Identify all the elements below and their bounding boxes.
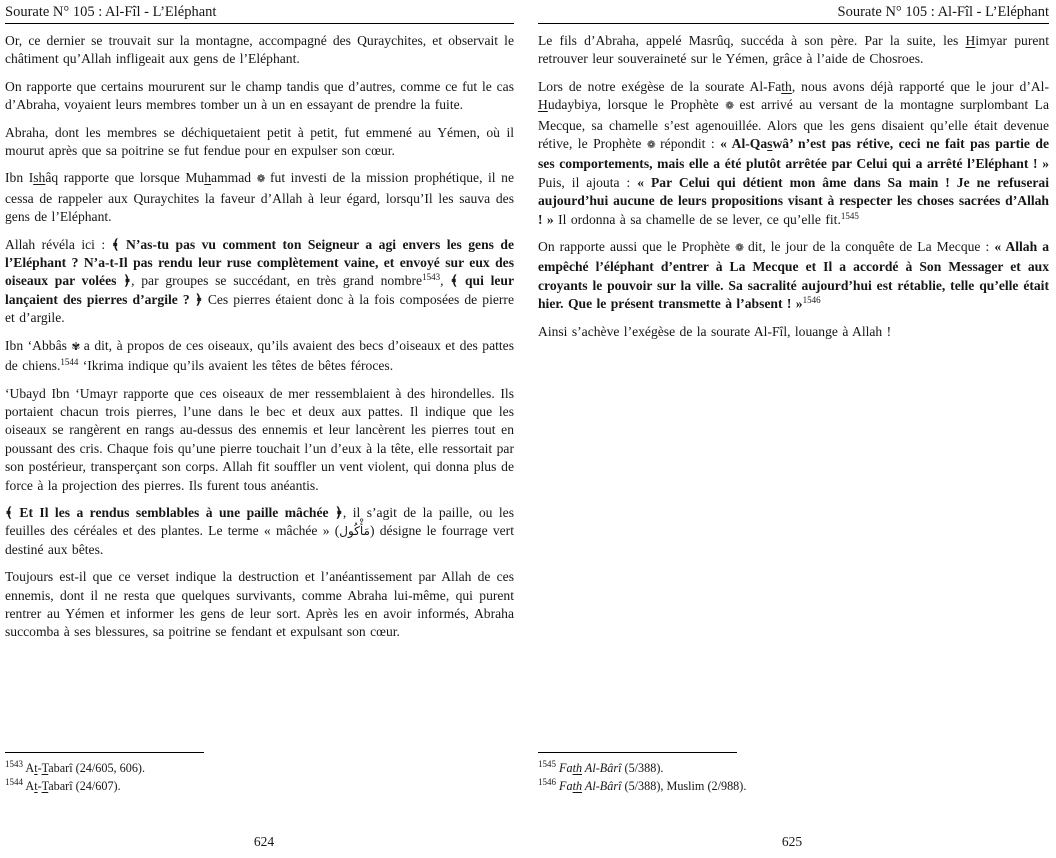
text-run: Ainsi s’achève l’exégèse de la sourate A… xyxy=(538,324,891,339)
text-run: H xyxy=(538,97,548,112)
footnote-separator xyxy=(538,752,737,753)
text-run: Toujours est-il que ce verset indique la… xyxy=(5,569,514,639)
footnote-ref: 1545 xyxy=(538,759,556,769)
paragraph: Lors de notre exégèse de la sourate Al-F… xyxy=(538,78,1049,229)
footnote: 1545 Fath Al-Bârî (5/388). xyxy=(538,760,1049,778)
page-624: Sourate N° 105 : Al-Fîl - L’Eléphant Or,… xyxy=(0,0,528,858)
page-number: 624 xyxy=(0,834,528,850)
page-header: Sourate N° 105 : Al-Fîl - L’Eléphant xyxy=(5,0,514,24)
text-run: h xyxy=(204,170,211,185)
paragraph: ﴾ Et Il les a rendus semblables à une pa… xyxy=(5,504,514,559)
text-run: âq rapporte que lorsque Mu xyxy=(45,170,204,185)
text-run: Le fils d’Abraha, appelé Masrûq, succéda… xyxy=(538,33,966,48)
footnote-ref: 1544 xyxy=(5,777,23,787)
footnote-ref: 1546 xyxy=(803,295,821,305)
text-run: Puis, il ajouta : xyxy=(538,175,637,190)
paragraph: Le fils d’Abraha, appelé Masrûq, succéda… xyxy=(538,32,1049,69)
footnote: 1543 At-Tabarî (24/605, 606). xyxy=(5,760,514,778)
text-run: Or, ce dernier se trouvait sur la montag… xyxy=(5,33,514,66)
text-run: dit, le jour de la conquête de La Mecque… xyxy=(743,239,994,254)
book-spread: Sourate N° 105 : Al-Fîl - L’Eléphant Or,… xyxy=(0,0,1056,858)
text-run: abarî (24/605, 606). xyxy=(48,761,145,775)
text-run: Allah révéla ici : xyxy=(5,237,112,252)
text-run: Lors de notre exégèse de la sourate Al-F… xyxy=(538,79,781,94)
text-run: sh xyxy=(33,170,45,185)
text-run: Fa xyxy=(559,761,573,775)
honorific-icon: ❁ xyxy=(647,140,655,151)
text-run: On rapporte que certains moururent sur l… xyxy=(5,79,514,112)
paragraph: Ibn ‘Abbâs ✾ a dit, à propos de ces oise… xyxy=(5,337,514,376)
text-run: abarî (24/607). xyxy=(48,779,120,793)
paragraph: Or, ce dernier se trouvait sur la montag… xyxy=(5,32,514,69)
text-run: , par groupes se succédant, en très gran… xyxy=(131,273,422,288)
text-run: H xyxy=(966,33,976,48)
text-run: udaybiya, lorsque le Prophète xyxy=(548,97,725,112)
paragraph: Toujours est-il que ce verset indique la… xyxy=(5,568,514,642)
footnote-ref: 1543 xyxy=(5,759,23,769)
text-run: Al-Bârî xyxy=(582,761,621,775)
text-run: th xyxy=(573,761,582,775)
paragraph: Ainsi s’achève l’exégèse de la sourate A… xyxy=(538,323,1049,341)
footnote-ref: 1543 xyxy=(422,272,440,282)
text-run: مَأْكُول xyxy=(339,524,370,538)
text-run: « Al-Qa xyxy=(720,136,767,151)
text-run: répondit : xyxy=(655,136,720,151)
footnotes-block: 1545 Fath Al-Bârî (5/388).1546 Fath Al-B… xyxy=(538,752,1049,795)
text-run: ammad xyxy=(211,170,257,185)
honorific-icon: ❁ xyxy=(725,101,733,112)
paragraph: ‘Ubayd Ibn ‘Umayr rapporte que ces oisea… xyxy=(5,385,514,495)
text-run: ‘Ubayd Ibn ‘Umayr rapporte que ces oisea… xyxy=(5,386,514,493)
paragraph: Abraha, dont les membres se déchiquetaie… xyxy=(5,124,514,161)
paragraph: On rapporte que certains moururent sur l… xyxy=(5,78,514,115)
paragraph: Ibn Ishâq rapporte que lorsque Muhammad … xyxy=(5,169,514,226)
page-header: Sourate N° 105 : Al-Fîl - L’Eléphant xyxy=(538,0,1049,24)
honorific-icon: ❁ xyxy=(735,243,743,254)
footnote-list: 1545 Fath Al-Bârî (5/388).1546 Fath Al-B… xyxy=(538,760,1049,795)
paragraph: Allah révéla ici : ﴾ N’as-tu pas vu comm… xyxy=(5,236,514,328)
text-run: Al-Bârî xyxy=(582,779,621,793)
text-run: A xyxy=(23,761,34,775)
footnote-ref: 1546 xyxy=(538,777,556,787)
text-run: (5/388). xyxy=(621,761,663,775)
text-run: th xyxy=(781,79,792,94)
text-run: , xyxy=(440,273,450,288)
footnote-ref: 1545 xyxy=(841,211,859,221)
text-run: ﴾ Et Il les a rendus semblables à une pa… xyxy=(5,505,343,520)
text-run: Fa xyxy=(559,779,573,793)
text-run: (5/388), Muslim (2/988). xyxy=(621,779,746,793)
text-run: ‘Ikrima indique qu’ils avaient les têtes… xyxy=(78,358,393,373)
page-625: Sourate N° 105 : Al-Fîl - L’Eléphant Le … xyxy=(528,0,1056,858)
footnote: 1546 Fath Al-Bârî (5/388), Muslim (2/988… xyxy=(538,778,1049,796)
text-run: A xyxy=(23,779,34,793)
footnote-list: 1543 At-Tabarî (24/605, 606).1544 At-Tab… xyxy=(5,760,514,795)
footnote-separator xyxy=(5,752,204,753)
footnote: 1544 At-Tabarî (24/607). xyxy=(5,778,514,796)
footnotes-block: 1543 At-Tabarî (24/605, 606).1544 At-Tab… xyxy=(5,752,514,795)
page-number: 625 xyxy=(528,834,1056,850)
text-run: Il ordonna à sa chamelle de se lever, ce… xyxy=(554,212,841,227)
text-run: Ibn I xyxy=(5,170,33,185)
text-run: th xyxy=(573,779,582,793)
page-body: Or, ce dernier se trouvait sur la montag… xyxy=(5,32,514,642)
paragraph: On rapporte aussi que le Prophète ❁ dit,… xyxy=(538,238,1049,314)
text-run: Ibn ‘Abbâs xyxy=(5,338,71,353)
text-run: On rapporte aussi que le Prophète xyxy=(538,239,735,254)
footnote-ref: 1544 xyxy=(60,357,78,367)
text-run: , nous avons déjà rapporté que le jour d… xyxy=(792,79,1049,94)
page-body: Le fils d’Abraha, appelé Masrûq, succéda… xyxy=(538,32,1049,341)
text-run: Abraha, dont les membres se déchiquetaie… xyxy=(5,125,514,158)
